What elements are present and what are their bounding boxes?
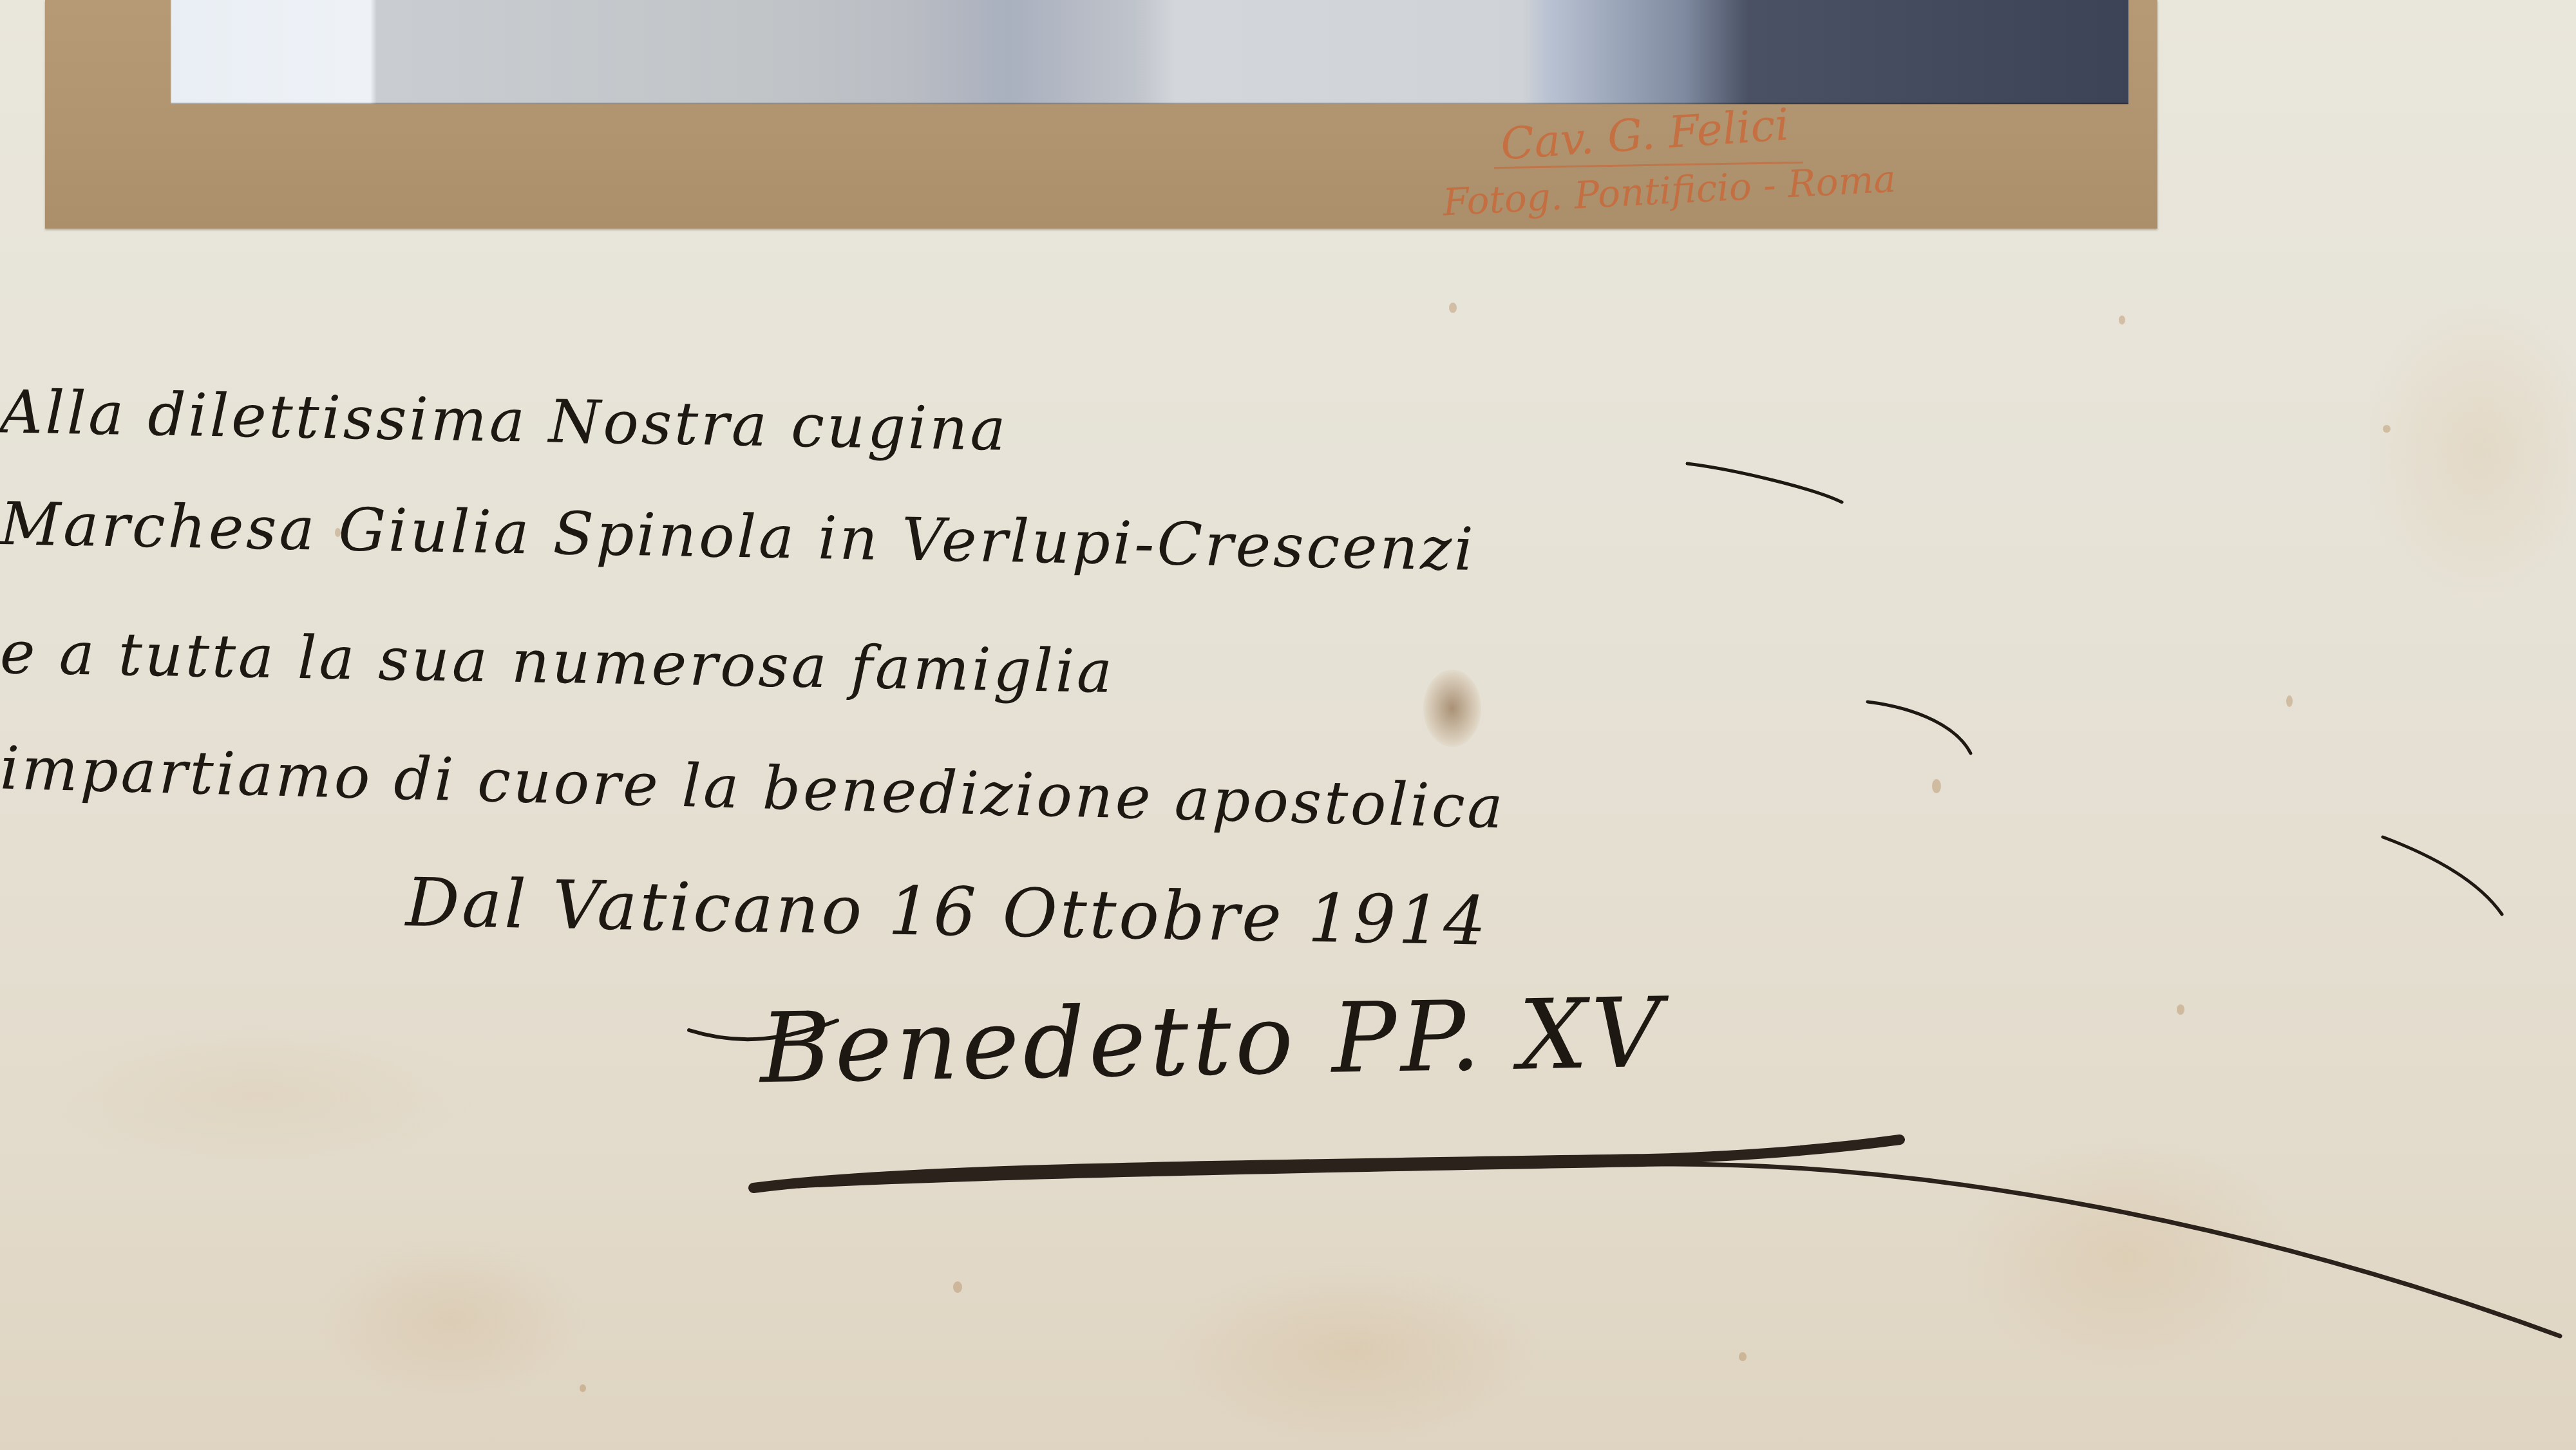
ink-stain [1423,670,1481,747]
foxing-spot [953,1281,962,1293]
foxing-spot [580,1384,586,1392]
foxing-spot [2383,425,2391,433]
foxing-spot [1932,779,1941,793]
foxing-spot [2119,315,2125,325]
papal-signature: Benedetto PP. XV [759,977,1666,1106]
foxing-spot [2286,695,2293,707]
foxing-spot [2177,1004,2184,1015]
photograph [171,0,2128,104]
foxing-spot [1449,303,1457,313]
foxing-spot [1739,1352,1747,1361]
